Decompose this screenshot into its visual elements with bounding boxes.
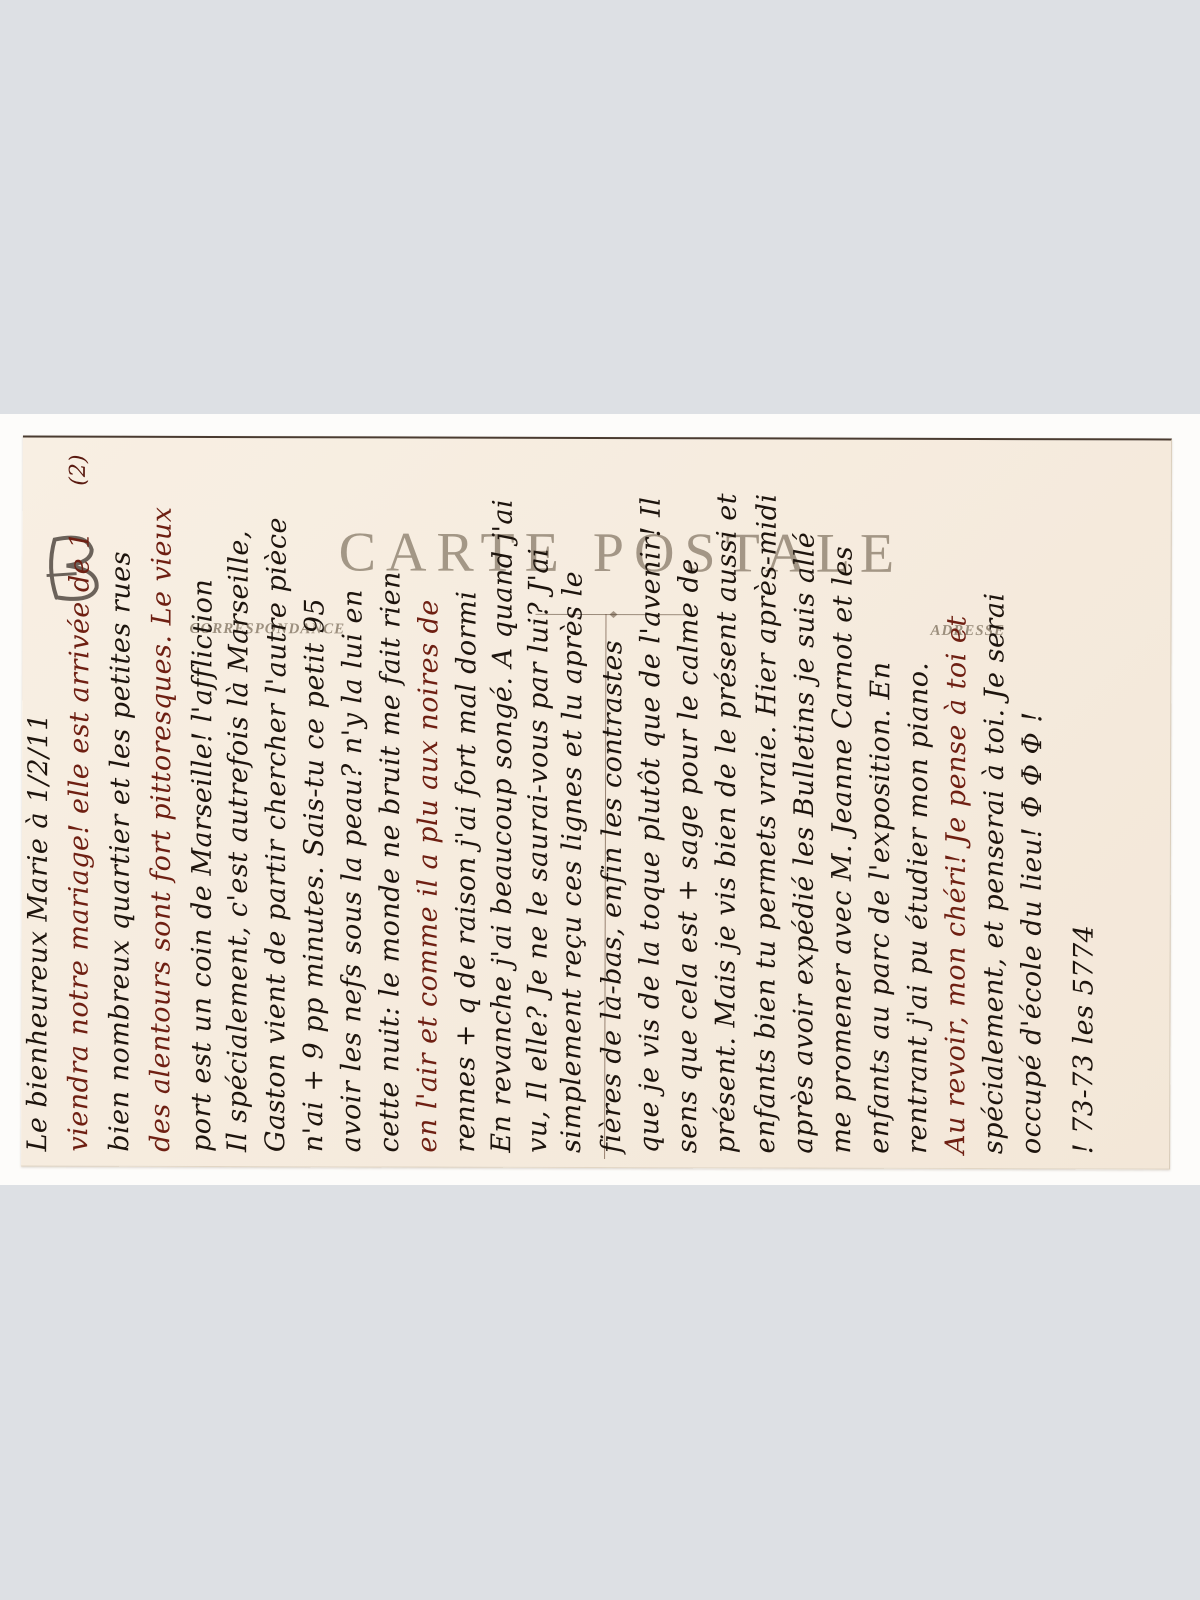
handwriting-line: rentrant j'ai pu étudier mon piano. — [901, 662, 936, 1154]
handwriting-line: sens que cela est + sage pour le calme d… — [671, 558, 707, 1153]
handwriting-line: vu, Il elle? Je ne le saurai-vous par lu… — [521, 548, 557, 1153]
handwriting-line: viendra notre mariage! elle est arrivée … — [62, 531, 98, 1152]
handwriting-line: enfants bien tu permets vraie. Hier aprè… — [749, 493, 785, 1153]
handwriting-line: me promener avec M. Jeanne Carnot et les — [825, 546, 861, 1154]
handwriting-line: spécialement, et penserai à toi. Je sera… — [977, 592, 1012, 1154]
handwriting-line: des alentours sont fort pittoresques. Le… — [144, 506, 180, 1152]
handwriting-line: Gaston vient de partir chercher l'autre … — [259, 517, 295, 1152]
handwriting-line: occupé d'école du lieu! Φ Φ Φ ! — [1015, 711, 1050, 1154]
handwriting-line: n'ai + 9 pp minutes. Sais-tu ce petit 95 — [297, 598, 332, 1152]
postcard-back: CARTE POSTALE CORRESPONDANCE ADRESSE (2)… — [21, 435, 1172, 1169]
handwriting-line: que je vis de la toque plutôt que de l'a… — [633, 497, 669, 1154]
handwriting-line: simplement reçu ces lignes et lu après l… — [555, 571, 591, 1153]
handwriting-line: Le bienheureux Marie à 1/2/11 — [21, 713, 56, 1152]
handwriting-line: enfants au parc de l'exposition. En — [863, 661, 898, 1153]
handwriting-line: présent. Mais je vis bien de le présent … — [709, 493, 745, 1154]
handwriting-line: avoir les nefs sous la peau? n'y la lui … — [335, 589, 370, 1152]
handwriting-line: ! 73-73 les 5774 — [1067, 925, 1102, 1155]
postcard-photo: CARTE POSTALE CORRESPONDANCE ADRESSE (2)… — [0, 414, 1200, 1185]
handwriting-line: bien nombreux quartier et les petites ru… — [103, 551, 139, 1152]
page-number: (2) — [66, 455, 91, 486]
handwriting-line: Il spécialement, c'est autrefois là Mars… — [221, 530, 257, 1152]
handwriting-line: après avoir expédié les Bulletins je sui… — [787, 532, 823, 1154]
handwriting-line: En revanche j'ai beaucoup songé. A quand… — [485, 499, 521, 1153]
handwriting-line: port est un coin de Marseille! l'afflict… — [185, 579, 221, 1152]
handwriting-line: Au revoir, mon chéri! Je pense à toi et — [939, 615, 974, 1154]
handwriting-line: rennes + q de raison j'ai fort mal dormi — [449, 591, 484, 1153]
handwriting-line: en l'air et comme il a plu aux noires de — [411, 599, 446, 1152]
handwriting-line: fières de là-bas, enfin les contrastes — [595, 640, 630, 1153]
handwriting-line: cette nuit: le monde ne bruit me fait ri… — [373, 571, 409, 1153]
